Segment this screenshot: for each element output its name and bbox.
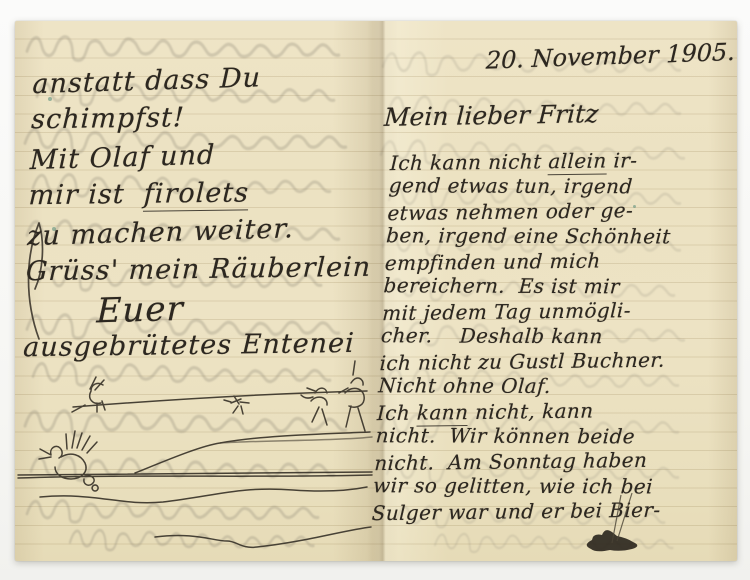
handwriting-line: cher. Deshalb kann	[380, 323, 733, 350]
handwriting-line: Euer	[96, 284, 371, 330]
right-page-lines: Ich kann nicht allein ir-gend etwas tun,…	[371, 149, 743, 524]
handwriting-line: nicht. Am Sonntag haben	[374, 447, 727, 476]
handwriting-line: etwas nehmen oder ge-	[387, 197, 740, 226]
letter-paper: anstatt dass Duschimpfst!Mit Olaf undmir…	[15, 21, 737, 561]
salutation: Mein lieber Fritz	[383, 99, 599, 132]
handwriting-line: nicht. Wir können beide	[375, 423, 728, 450]
handwriting-line: bereichern. Es ist mir	[383, 273, 736, 300]
handwriting-line: mit jedem Tag unmögli-	[382, 297, 735, 326]
handwriting-line: Sulger war und er bei Bier-	[371, 497, 724, 526]
ink-blot	[575, 489, 671, 561]
handwriting-line: ben, irgend eine Schönheit	[386, 223, 739, 250]
handwriting-line: ich nicht zu Gustl Buchner.	[379, 347, 732, 376]
handwriting-line: Nicht ohne Olaf.	[378, 373, 731, 400]
left-page-lines: anstatt dass Duschimpfst!Mit Olaf undmir…	[23, 58, 380, 368]
handwriting-line: Ich kann nicht, kann	[376, 397, 729, 426]
handwriting-line: wir so gelitten, wie ich bei	[372, 473, 725, 500]
handwriting-line: Ich kann nicht allein ir-	[390, 147, 743, 176]
photo-background: anstatt dass Duschimpfst!Mit Olaf undmir…	[0, 0, 750, 580]
duck-landscape-sketch	[15, 343, 377, 559]
pen-flourish	[19, 219, 53, 345]
handwriting-line: empfinden und mich	[384, 247, 737, 276]
handwriting-line: gend etwas tun, irgend	[388, 173, 741, 200]
